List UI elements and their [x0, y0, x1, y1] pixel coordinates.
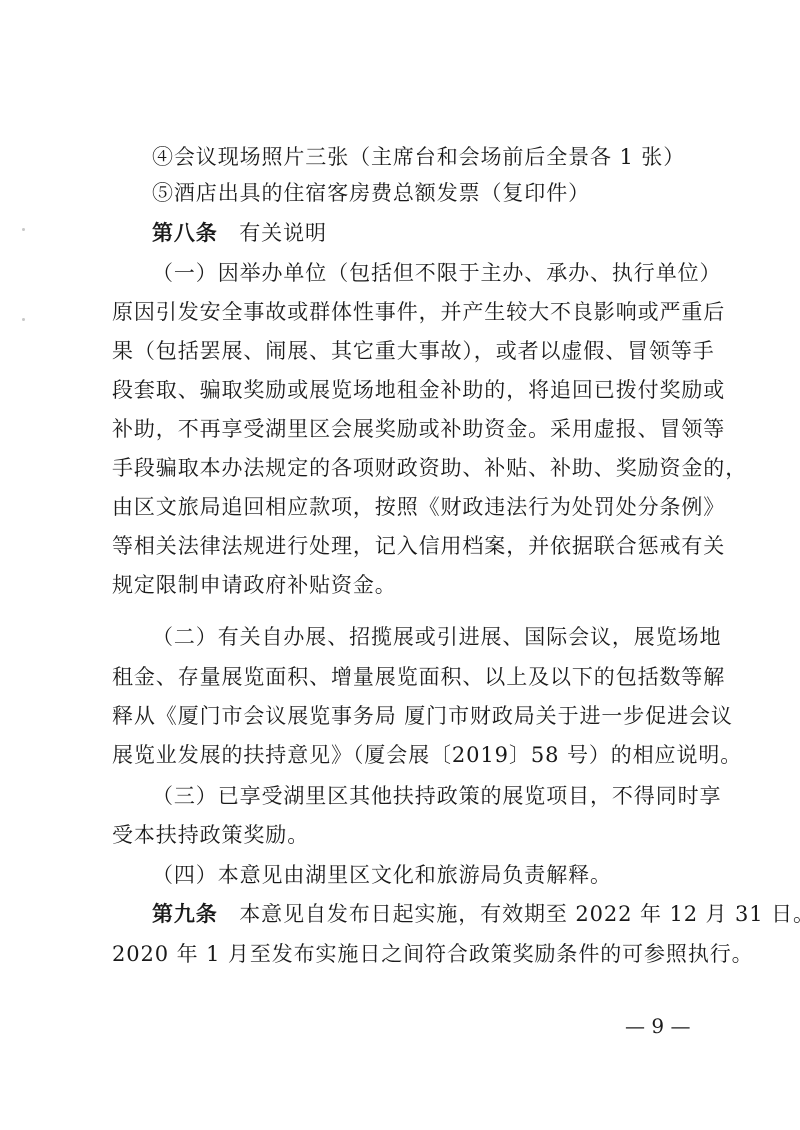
scan-speck	[22, 318, 25, 321]
paragraph-1-line: （一）因举办单位（包括但不限于主办、承办、执行单位）	[152, 258, 752, 288]
article-8-title: 有关说明	[239, 221, 327, 245]
paragraph-2-line: 释从《厦门市会议展览事务局 厦门市财政局关于进一步促进会议	[112, 701, 712, 731]
paragraph-3-line: （三）已享受湖里区其他扶持政策的展览项目，不得同时享	[152, 781, 752, 811]
article-9-line-2: 2020 年 1 月至发布实施日之间符合政策奖励条件的可参照执行。	[112, 939, 712, 969]
list-item-5: ⑤酒店出具的住宿客房费总额发票（复印件）	[152, 178, 752, 208]
paragraph-1-line: 补助，不再享受湖里区会展奖励或补助资金。采用虚报、冒领等	[112, 414, 712, 444]
paragraph-1-line: 规定限制申请政府补贴资金。	[112, 570, 712, 600]
paragraph-1-line: 由区文旅局追回相应款项，按照《财政违法行为处罚处分条例》	[112, 492, 712, 522]
article-8-heading: 第八条 有关说明	[152, 218, 752, 248]
paragraph-3-line: 受本扶持政策奖励。	[112, 820, 712, 850]
paragraph-2-line: （二）有关自办展、招揽展或引进展、国际会议，展览场地	[152, 622, 752, 652]
paragraph-2-line: 展览业发展的扶持意见》（厦会展〔2019〕58 号）的相应说明。	[112, 740, 712, 770]
article-9-number: 第九条	[152, 902, 218, 926]
list-item-4: ④会议现场照片三张（主席台和会场前后全景各 1 张）	[152, 142, 752, 172]
paragraph-2-line: 租金、存量展览面积、增量展览面积、以上及以下的包括数等解	[112, 662, 712, 692]
paragraph-1-line: 段套取、骗取奖励或展览场地租金补助的，将追回已拨付奖励或	[112, 375, 712, 405]
article-9-text: 本意见自发布日起实施，有效期至 2022 年 12 月 31 日。	[239, 902, 800, 926]
paragraph-1-line: 等相关法律法规进行处理，记入信用档案，并依据联合惩戒有关	[112, 531, 712, 561]
scan-speck	[22, 228, 25, 231]
document-page: ④会议现场照片三张（主席台和会场前后全景各 1 张） ⑤酒店出具的住宿客房费总额…	[0, 0, 800, 1130]
paragraph-1-line: 果（包括罢展、闹展、其它重大事故），或者以虚假、冒领等手	[112, 336, 712, 366]
article-8-number: 第八条	[152, 221, 218, 245]
paragraph-4: （四）本意见由湖里区文化和旅游局负责解释。	[152, 860, 752, 890]
page-number: — 9 —	[625, 1014, 690, 1038]
paragraph-1-line: 手段骗取本办法规定的各项财政资助、补贴、补助、奖励资金的，	[112, 453, 712, 483]
paragraph-1-line: 原因引发安全事故或群体性事件，并产生较大不良影响或严重后	[112, 297, 712, 327]
article-9-line-1: 第九条 本意见自发布日起实施，有效期至 2022 年 12 月 31 日。	[152, 899, 752, 929]
